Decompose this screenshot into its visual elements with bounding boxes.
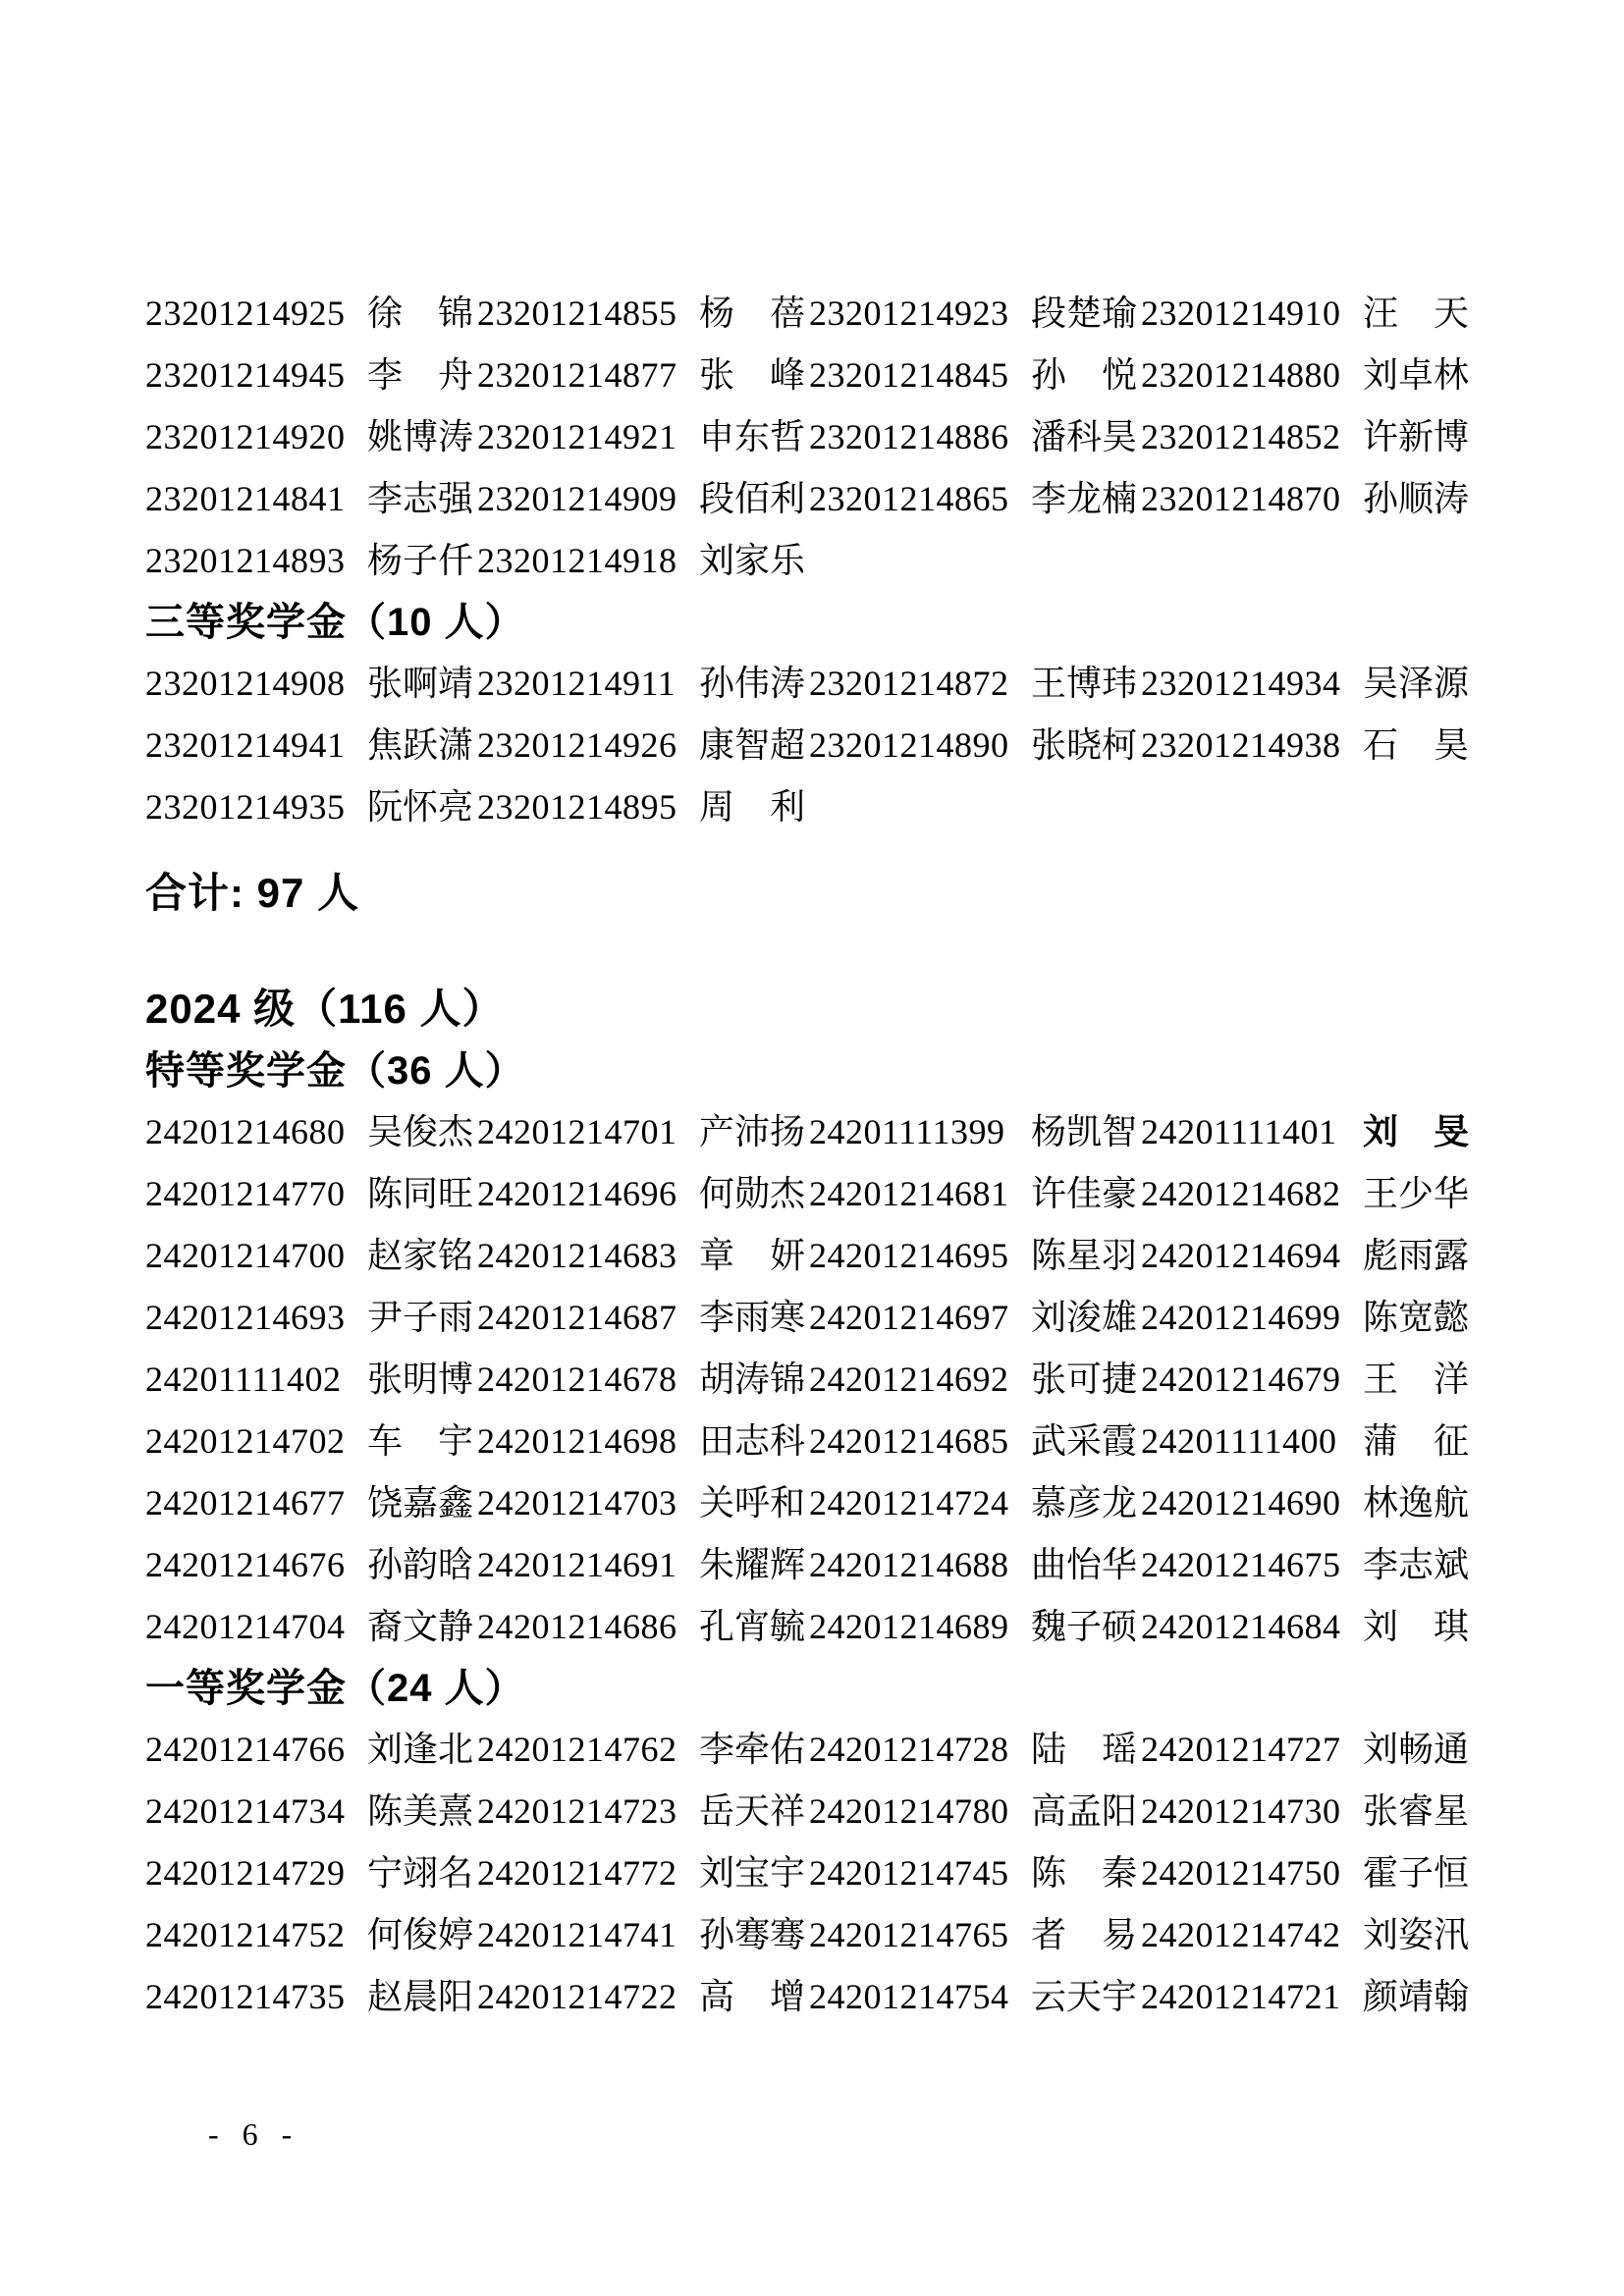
document-content: 23201214925徐 锦23201214855杨 蓓23201214923段… (145, 283, 1490, 2028)
student-entry: 24201214699陈宽懿 (1141, 1287, 1473, 1349)
student-id: 24201214750 (1141, 1842, 1363, 1904)
student-id: 24201214701 (477, 1101, 699, 1163)
student-name: 申东哲 (699, 406, 805, 468)
student-entry: 24201214678胡涛锦 (477, 1349, 809, 1411)
student-entry: 24201214734陈美熹 (145, 1781, 477, 1842)
student-entry: 24201214680吴俊杰 (145, 1101, 477, 1163)
student-name: 孔宵毓 (699, 1596, 805, 1658)
student-id: 24201214675 (1141, 1534, 1363, 1596)
student-id: 24201214687 (477, 1287, 699, 1349)
student-entry: 23201214855杨 蓓 (477, 283, 809, 345)
student-entry: 24201111399杨凯智 (809, 1101, 1141, 1163)
student-name: 张啊靖 (367, 653, 473, 715)
student-entry: 24201214685武采霞 (809, 1411, 1141, 1472)
student-id: 24201214697 (809, 1287, 1031, 1349)
student-id: 23201214852 (1141, 406, 1363, 468)
student-entry: 24201214722高 增 (477, 1966, 809, 2028)
student-entry: 24201214682王少华 (1141, 1163, 1473, 1225)
student-id: 24201214724 (809, 1472, 1031, 1534)
student-id: 24201214735 (145, 1966, 367, 2028)
student-name: 王少华 (1363, 1163, 1469, 1225)
student-name: 何勋杰 (699, 1163, 805, 1225)
student-id: 23201214841 (145, 468, 367, 530)
second-class-list-continued: 23201214925徐 锦23201214855杨 蓓23201214923段… (145, 283, 1490, 592)
student-entry: 23201214890张晓柯 (809, 715, 1141, 776)
student-entry: 24201214676孙韵晗 (145, 1534, 477, 1596)
student-name: 武采霞 (1031, 1411, 1137, 1472)
student-name: 岳天祥 (699, 1781, 805, 1842)
student-entry: 24201214752何俊婷 (145, 1904, 477, 1966)
student-id: 23201214893 (145, 530, 367, 592)
student-id: 23201214934 (1141, 653, 1363, 715)
student-entry: 24201214704裔文静 (145, 1596, 477, 1658)
student-name: 赵晨阳 (367, 1966, 473, 2028)
student-name: 关呼和 (699, 1472, 805, 1534)
student-entry: 24201214687李雨寒 (477, 1287, 809, 1349)
student-name: 魏子硕 (1031, 1596, 1137, 1658)
student-id: 24201214679 (1141, 1349, 1363, 1411)
student-id: 24201214734 (145, 1781, 367, 1842)
special-class-heading: 特等奖学金（36 人） (145, 1041, 1490, 1101)
student-entry: 24201214780高孟阳 (809, 1781, 1141, 1842)
student-name: 杨子仟 (367, 530, 473, 592)
student-entry: 24201214723岳天祥 (477, 1781, 809, 1842)
student-id: 24201214702 (145, 1411, 367, 1472)
student-name: 李雨寒 (699, 1287, 805, 1349)
student-id: 23201214926 (477, 715, 699, 776)
student-id: 24201214686 (477, 1596, 699, 1658)
student-entry: 23201214938石 昊 (1141, 715, 1473, 776)
student-entry: 24201214694彪雨露 (1141, 1225, 1473, 1287)
student-entry: 24201214772刘宝宇 (477, 1842, 809, 1904)
student-id: 24201214762 (477, 1719, 699, 1781)
student-id: 23201214911 (477, 653, 699, 715)
student-entry: 24201214691朱耀辉 (477, 1534, 809, 1596)
student-id: 23201214923 (809, 283, 1031, 345)
student-name: 刘家乐 (699, 530, 805, 592)
student-entry: 23201214926康智超 (477, 715, 809, 776)
student-entry: 24201214683章 妍 (477, 1225, 809, 1287)
student-entry: 24201214692张可捷 (809, 1349, 1141, 1411)
student-name: 许新博 (1363, 406, 1469, 468)
student-id: 24201214728 (809, 1719, 1031, 1781)
student-entry: 23201214911孙伟涛 (477, 653, 809, 715)
student-entry: 24201214702车 宇 (145, 1411, 477, 1472)
student-entry: 24201214703关呼和 (477, 1472, 809, 1534)
student-name: 孙骞骞 (699, 1904, 805, 1966)
student-id: 24201214730 (1141, 1781, 1363, 1842)
special-class-list: 24201214680吴俊杰24201214701产沛扬24201111399杨… (145, 1101, 1490, 1658)
student-id: 24201214780 (809, 1781, 1031, 1842)
student-entry: 23201214935阮怀亮 (145, 776, 477, 838)
student-name: 陈同旺 (367, 1163, 473, 1225)
student-entry: 24201214696何勋杰 (477, 1163, 809, 1225)
student-entry: 24201214688曲怡华 (809, 1534, 1141, 1596)
student-name: 颜靖翰 (1363, 1966, 1469, 2028)
student-name: 车 宇 (367, 1411, 473, 1472)
student-id: 23201214895 (477, 776, 699, 838)
student-name: 蒲 征 (1363, 1411, 1469, 1472)
student-name: 云天宇 (1031, 1966, 1137, 2028)
student-name: 许佳豪 (1031, 1163, 1137, 1225)
student-id: 24201214766 (145, 1719, 367, 1781)
student-name: 陈星羽 (1031, 1225, 1137, 1287)
student-name: 孙韵晗 (367, 1534, 473, 1596)
student-name: 曲怡华 (1031, 1534, 1137, 1596)
student-entry: 23201214865李龙楠 (809, 468, 1141, 530)
student-name: 尹子雨 (367, 1287, 473, 1349)
student-id: 24201214745 (809, 1842, 1031, 1904)
student-id: 24201214684 (1141, 1596, 1363, 1658)
student-name: 者 易 (1031, 1904, 1137, 1966)
student-id: 24201214691 (477, 1534, 699, 1596)
student-name: 阮怀亮 (367, 776, 473, 838)
student-id: 23201214880 (1141, 345, 1363, 406)
student-id: 24201214677 (145, 1472, 367, 1534)
student-name: 宁翊名 (367, 1842, 473, 1904)
student-name: 杨 蓓 (699, 283, 805, 345)
student-entry: 24201214689魏子硕 (809, 1596, 1141, 1658)
student-id: 24201214695 (809, 1225, 1031, 1287)
student-name: 刘逢北 (367, 1719, 473, 1781)
student-id: 24201214770 (145, 1163, 367, 1225)
student-entry: 24201214735赵晨阳 (145, 1966, 477, 2028)
student-entry: 24201214727刘畅通 (1141, 1719, 1473, 1781)
student-entry: 23201214870孙顺涛 (1141, 468, 1473, 530)
student-id: 24201214742 (1141, 1904, 1363, 1966)
student-entry: 23201214872王博玮 (809, 653, 1141, 715)
student-id: 23201214941 (145, 715, 367, 776)
student-id: 24201214765 (809, 1904, 1031, 1966)
student-entry: 23201214852许新博 (1141, 406, 1473, 468)
student-name: 王 洋 (1363, 1349, 1469, 1411)
student-id: 24201214699 (1141, 1287, 1363, 1349)
student-id: 24201214690 (1141, 1472, 1363, 1534)
student-entry: 24201214698田志科 (477, 1411, 809, 1472)
first-class-list: 24201214766刘逢北24201214762李牵佑24201214728陆… (145, 1719, 1490, 2028)
student-name: 李牵佑 (699, 1719, 805, 1781)
student-name: 慕彦龙 (1031, 1472, 1137, 1534)
student-id: 24201214729 (145, 1842, 367, 1904)
page-number: - 6 - (208, 2116, 299, 2153)
student-entry: 24201111401刘 旻 (1141, 1101, 1473, 1163)
student-name: 孙 悦 (1031, 345, 1137, 406)
total-line: 合计: 97 人 (145, 862, 1490, 925)
student-id: 24201214727 (1141, 1719, 1363, 1781)
student-id: 24201214676 (145, 1534, 367, 1596)
student-entry: 23201214877张 峰 (477, 345, 809, 406)
student-entry: 24201214766刘逢北 (145, 1719, 477, 1781)
student-name: 章 妍 (699, 1225, 805, 1287)
first-class-heading: 一等奖学金（24 人） (145, 1658, 1490, 1719)
student-id: 24201214696 (477, 1163, 699, 1225)
student-name: 杨凯智 (1031, 1101, 1137, 1163)
student-id: 24201214772 (477, 1842, 699, 1904)
student-entry: 24201214700赵家铭 (145, 1225, 477, 1287)
student-name: 刘 旻 (1363, 1101, 1469, 1163)
student-entry: 23201214880刘卓林 (1141, 345, 1473, 406)
student-id: 23201214872 (809, 653, 1031, 715)
student-name: 田志科 (699, 1411, 805, 1472)
student-id: 24201214752 (145, 1904, 367, 1966)
student-name: 张可捷 (1031, 1349, 1137, 1411)
student-entry: 24201214745陈 秦 (809, 1842, 1141, 1904)
student-entry: 24201214754云天宇 (809, 1966, 1141, 2028)
student-id: 23201214845 (809, 345, 1031, 406)
student-id: 23201214890 (809, 715, 1031, 776)
student-id: 23201214938 (1141, 715, 1363, 776)
student-name: 产沛扬 (699, 1101, 805, 1163)
student-name: 彪雨露 (1363, 1225, 1469, 1287)
student-id: 23201214920 (145, 406, 367, 468)
student-id: 23201214921 (477, 406, 699, 468)
student-id: 24201214683 (477, 1225, 699, 1287)
student-id: 24201214685 (809, 1411, 1031, 1472)
student-id: 24201214693 (145, 1287, 367, 1349)
student-id: 24201214723 (477, 1781, 699, 1842)
student-entry: 24201214677饶嘉鑫 (145, 1472, 477, 1534)
student-id: 24201214704 (145, 1596, 367, 1658)
student-id: 23201214945 (145, 345, 367, 406)
third-class-list: 23201214908张啊靖23201214911孙伟涛23201214872王… (145, 653, 1490, 838)
student-id: 24201111400 (1141, 1411, 1363, 1472)
student-name: 吴泽源 (1363, 653, 1469, 715)
student-entry: 23201214918刘家乐 (477, 530, 809, 592)
student-entry: 23201214923段楚瑜 (809, 283, 1141, 345)
student-entry: 23201214925徐 锦 (145, 283, 477, 345)
student-entry: 24201214721颜靖翰 (1141, 1966, 1473, 2028)
student-entry: 24201214690林逸航 (1141, 1472, 1473, 1534)
student-name: 刘浚雄 (1031, 1287, 1137, 1349)
student-entry: 24201214728陆 瑶 (809, 1719, 1141, 1781)
student-entry: 24201111400蒲 征 (1141, 1411, 1473, 1472)
student-id: 23201214865 (809, 468, 1031, 530)
student-name: 刘畅通 (1363, 1719, 1469, 1781)
student-name: 刘卓林 (1363, 345, 1469, 406)
student-name: 胡涛锦 (699, 1349, 805, 1411)
student-name: 石 昊 (1363, 715, 1469, 776)
student-entry: 24201214770陈同旺 (145, 1163, 477, 1225)
student-id: 24201214682 (1141, 1163, 1363, 1225)
student-name: 陈美熹 (367, 1781, 473, 1842)
student-name: 康智超 (699, 715, 805, 776)
student-entry: 24201214684刘 琪 (1141, 1596, 1473, 1658)
student-name: 陈宽懿 (1363, 1287, 1469, 1349)
student-id: 23201214918 (477, 530, 699, 592)
student-id: 23201214877 (477, 345, 699, 406)
student-id: 24201214678 (477, 1349, 699, 1411)
student-entry: 24201214765者 易 (809, 1904, 1141, 1966)
student-id: 24201214754 (809, 1966, 1031, 2028)
student-name: 汪 天 (1363, 283, 1469, 345)
student-id: 24201214741 (477, 1904, 699, 1966)
student-entry: 23201214934吴泽源 (1141, 653, 1473, 715)
student-name: 徐 锦 (367, 283, 473, 345)
student-id: 23201214855 (477, 283, 699, 345)
student-name: 王博玮 (1031, 653, 1137, 715)
student-id: 24201214680 (145, 1101, 367, 1163)
student-name: 陈 秦 (1031, 1842, 1137, 1904)
student-entry: 23201214921申东哲 (477, 406, 809, 468)
student-entry: 24201214675李志斌 (1141, 1534, 1473, 1596)
student-name: 刘 琪 (1363, 1596, 1469, 1658)
student-entry: 23201214895周 利 (477, 776, 809, 838)
student-name: 李 舟 (367, 345, 473, 406)
student-id: 23201214886 (809, 406, 1031, 468)
student-name: 何俊婷 (367, 1904, 473, 1966)
student-entry: 23201214841李志强 (145, 468, 477, 530)
student-name: 孙顺涛 (1363, 468, 1469, 530)
student-id: 23201214909 (477, 468, 699, 530)
student-name: 高 增 (699, 1966, 805, 2028)
student-id: 24201214698 (477, 1411, 699, 1472)
student-id: 23201214925 (145, 283, 367, 345)
student-id: 24201214700 (145, 1225, 367, 1287)
student-name: 霍子恒 (1363, 1842, 1469, 1904)
student-entry: 24201111402张明博 (145, 1349, 477, 1411)
student-entry: 23201214908张啊靖 (145, 653, 477, 715)
student-id: 24201214721 (1141, 1966, 1363, 2028)
student-entry: 24201214679王 洋 (1141, 1349, 1473, 1411)
student-entry: 24201214729宁翊名 (145, 1842, 477, 1904)
document-page: 23201214925徐 锦23201214855杨 蓓23201214923段… (0, 0, 1624, 2296)
student-name: 张明博 (367, 1349, 473, 1411)
student-name: 陆 瑶 (1031, 1719, 1137, 1781)
student-name: 段楚瑜 (1031, 283, 1137, 345)
student-name: 潘科昊 (1031, 406, 1137, 468)
student-entry: 23201214920姚博涛 (145, 406, 477, 468)
student-id: 24201111399 (809, 1101, 1031, 1163)
student-name: 焦跃潇 (367, 715, 473, 776)
student-entry: 23201214893杨子仟 (145, 530, 477, 592)
student-entry: 24201214697刘浚雄 (809, 1287, 1141, 1349)
student-name: 高孟阳 (1031, 1781, 1137, 1842)
student-entry: 23201214845孙 悦 (809, 345, 1141, 406)
student-name: 李志斌 (1363, 1534, 1469, 1596)
student-id: 24201214681 (809, 1163, 1031, 1225)
student-entry: 24201214681许佳豪 (809, 1163, 1141, 1225)
student-name: 裔文静 (367, 1596, 473, 1658)
student-id: 24201214722 (477, 1966, 699, 2028)
student-entry: 24201214701产沛扬 (477, 1101, 809, 1163)
student-id: 23201214935 (145, 776, 367, 838)
student-entry: 24201214724慕彦龙 (809, 1472, 1141, 1534)
student-entry: 24201214695陈星羽 (809, 1225, 1141, 1287)
student-entry: 24201214686孔宵毓 (477, 1596, 809, 1658)
student-id: 24201111402 (145, 1349, 367, 1411)
student-entry: 24201214742刘姿汛 (1141, 1904, 1473, 1966)
student-name: 李龙楠 (1031, 468, 1137, 530)
student-id: 24201214688 (809, 1534, 1031, 1596)
student-entry: 24201214741孙骞骞 (477, 1904, 809, 1966)
student-name: 张晓柯 (1031, 715, 1137, 776)
student-name: 赵家铭 (367, 1225, 473, 1287)
student-name: 刘宝宇 (699, 1842, 805, 1904)
student-entry: 24201214750霍子恒 (1141, 1842, 1473, 1904)
student-entry: 23201214886潘科昊 (809, 406, 1141, 468)
student-entry: 24201214730张睿星 (1141, 1781, 1473, 1842)
student-name: 饶嘉鑫 (367, 1472, 473, 1534)
grade-2024-heading: 2024 级（116 人） (145, 978, 1490, 1041)
student-id: 24201214703 (477, 1472, 699, 1534)
student-name: 李志强 (367, 468, 473, 530)
student-id: 24201111401 (1141, 1101, 1363, 1163)
student-entry: 23201214945李 舟 (145, 345, 477, 406)
student-id: 23201214910 (1141, 283, 1363, 345)
student-name: 朱耀辉 (699, 1534, 805, 1596)
student-name: 张睿星 (1363, 1781, 1469, 1842)
student-entry: 23201214941焦跃潇 (145, 715, 477, 776)
student-entry: 24201214762李牵佑 (477, 1719, 809, 1781)
student-id: 23201214908 (145, 653, 367, 715)
student-id: 24201214692 (809, 1349, 1031, 1411)
student-name: 周 利 (699, 776, 805, 838)
student-entry: 24201214693尹子雨 (145, 1287, 477, 1349)
student-entry: 23201214909段佰利 (477, 468, 809, 530)
student-id: 23201214870 (1141, 468, 1363, 530)
student-name: 张 峰 (699, 345, 805, 406)
student-name: 吴俊杰 (367, 1101, 473, 1163)
third-class-heading: 三等奖学金（10 人） (145, 592, 1490, 653)
student-entry: 23201214910汪 天 (1141, 283, 1473, 345)
student-name: 孙伟涛 (699, 653, 805, 715)
student-name: 段佰利 (699, 468, 805, 530)
student-name: 姚博涛 (367, 406, 473, 468)
student-name: 刘姿汛 (1363, 1904, 1469, 1966)
student-name: 林逸航 (1363, 1472, 1469, 1534)
student-id: 24201214689 (809, 1596, 1031, 1658)
student-id: 24201214694 (1141, 1225, 1363, 1287)
